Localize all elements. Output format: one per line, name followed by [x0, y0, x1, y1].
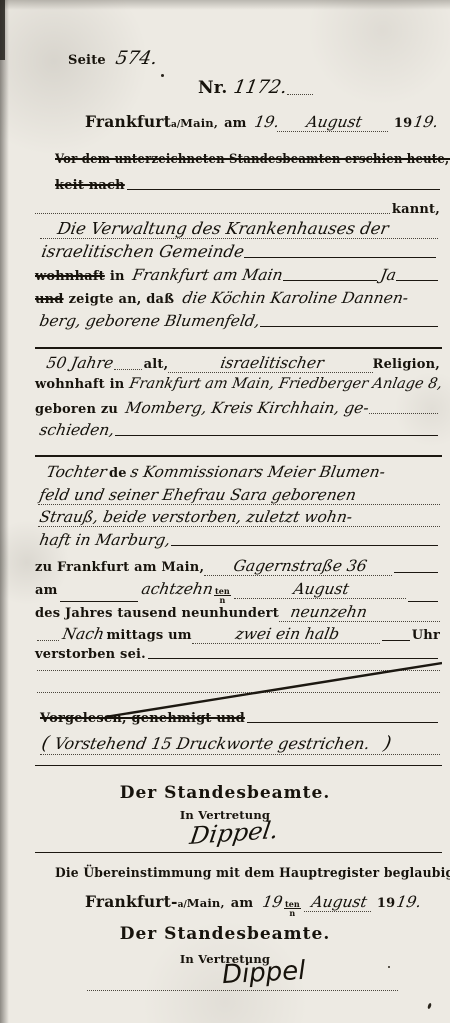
- religion-label: Religion,: [373, 357, 440, 372]
- ruled-line: [394, 570, 438, 573]
- time-field: zwei ein halb: [192, 624, 380, 644]
- time-handwritten: zwei ein halb: [234, 625, 341, 643]
- leader-line: [37, 638, 59, 641]
- section-rule: [35, 765, 442, 766]
- year-printed: 19: [377, 896, 396, 911]
- religion-handwritten: israelitischer: [219, 354, 325, 372]
- uhr-label: Uhr: [412, 628, 440, 643]
- am-label: am: [224, 116, 247, 131]
- kannt-label: kannt,: [392, 202, 440, 217]
- nr-label: Nr.: [198, 78, 227, 98]
- deceased-name-line1: die Köchin Karoline Dannen-: [181, 289, 410, 307]
- parents-row4: haft in Marburg,: [38, 531, 440, 549]
- death-month-field: August: [234, 579, 406, 599]
- ruled-line: [171, 543, 438, 546]
- birthplace-row: geboren zu Momberg, Kreis Kirchhain, ge-: [35, 399, 440, 417]
- report-row: und zeigte an, daß die Köchin Karoline D…: [35, 289, 440, 307]
- day-handwritten: 19.: [253, 113, 281, 131]
- close-paren: ): [382, 733, 393, 754]
- death-place-row: zu Frankfurt am Main , Gagernstraße 36: [35, 556, 440, 576]
- residence-handwritten: Frankfurt am Main: [131, 266, 284, 284]
- ink-speck: [161, 74, 164, 77]
- vorgelesen-struck: Vorgelesen, genehmigt und: [40, 711, 245, 726]
- registrar-title-row2: Der Standesbeamte.: [0, 924, 450, 944]
- father-handwritten: s Kommissionars Meier Blumen-: [129, 463, 387, 481]
- struck-text: Vor dem unterzeichneten Standesbeamten e…: [55, 152, 450, 167]
- wohnhaft-label: wohnhaft in: [35, 377, 124, 392]
- month-field: August: [277, 112, 388, 132]
- ordinal-suffix: tenn: [284, 900, 301, 918]
- section-rule: [35, 347, 442, 349]
- pen-flourish: Ja: [379, 266, 398, 284]
- n-label: n: [289, 909, 295, 917]
- diagonal-cancellation-stroke: [35, 655, 442, 740]
- address-handwritten: Frankfurt am Main, Friedberger Anlage 8,: [128, 376, 443, 392]
- declarant-line1: Die Verwaltung des Krankenhauses der: [40, 219, 438, 239]
- declarant-line2: israelitischen Gemeinde: [40, 242, 438, 261]
- zu-frankfurt-label: zu Frankfurt am Main: [35, 560, 199, 575]
- preamble-struck-line1: Vor dem unterzeichneten Standesbeamten e…: [55, 152, 442, 167]
- wohnhaft-struck: wohnhaft: [35, 269, 105, 284]
- parents-row3: Strauß, beide verstorben, zuletzt wohn-: [38, 508, 440, 527]
- year-line-label: des Jahres tausend neunhundert: [35, 606, 279, 621]
- mother-handwritten: feld und seiner Ehefrau Sara geborenen: [38, 486, 358, 504]
- mittags-label: mittags um: [106, 628, 191, 643]
- seite-label: Seite: [68, 53, 106, 68]
- page-number-row: Seite 574.: [68, 48, 155, 69]
- parents-row1: Tochter de s Kommissionars Meier Blumen-: [45, 463, 440, 481]
- registrar-signature2: Dippel: [221, 956, 306, 990]
- month-handwritten: August: [310, 893, 368, 911]
- death-year-row: des Jahres tausend neunhundert neunzehn: [35, 602, 440, 622]
- parents-row2: feld und seiner Ehefrau Sara geborenen: [38, 486, 440, 505]
- preamble-struck-line2: keit nach: [55, 178, 442, 193]
- leader-line: [35, 211, 390, 214]
- year-word-field: neunzehn: [279, 602, 440, 622]
- city-main: Main,: [187, 896, 225, 910]
- alt-label: alt,: [144, 357, 169, 372]
- registrar-signature: Dippel.: [188, 816, 280, 850]
- correction-note-handwritten: Vorstehend 15 Druckworte gestrichen.: [53, 734, 371, 753]
- ruled-line: [260, 324, 438, 327]
- kannt-row: kannt,: [33, 202, 440, 217]
- city-main: Main,: [180, 116, 218, 130]
- marital-handwritten: schieden,: [38, 421, 116, 439]
- scan-top-edge-shadow: [0, 0, 450, 10]
- street-handwritten: Gagernstraße 36: [232, 557, 368, 575]
- handwritten-text: israelitischen Gemeinde: [40, 242, 246, 261]
- month-field: August: [304, 892, 371, 912]
- ruled-line: [115, 433, 438, 436]
- scan-corner-artifact: [0, 0, 5, 60]
- de-label: de: [109, 466, 127, 481]
- leader-line: [369, 411, 438, 414]
- record-number-row: Nr. 1172.: [198, 77, 315, 98]
- open-paren: (: [40, 733, 51, 754]
- year-printed: 19: [394, 116, 413, 131]
- registrar-title: Der Standesbeamte.: [120, 783, 331, 803]
- scan-left-edge-shadow: [0, 0, 9, 1023]
- city-label: Frankfurt: [85, 112, 171, 131]
- am-label: am: [231, 896, 254, 911]
- ruled-line: [396, 278, 438, 281]
- month-handwritten: August: [305, 113, 363, 131]
- year-handwritten: 19.: [395, 893, 423, 911]
- street-field: Gagernstraße 36: [204, 556, 392, 576]
- page-number-handwritten: 574.: [114, 48, 159, 69]
- age-religion-row: 50 Jahre alt, israelitischer Religion,: [45, 353, 440, 373]
- signature2-line: [85, 988, 400, 994]
- ruled-line: [283, 278, 377, 281]
- death-register-scan: Seite 574. Nr. 1172. Frankfurt a/ Main, …: [0, 0, 450, 1023]
- vorgelesen-row: Vorgelesen, genehmigt und: [40, 711, 440, 726]
- am-label: am: [35, 583, 58, 598]
- year-handwritten: 19.: [412, 113, 440, 131]
- birthplace-row2: schieden,: [38, 421, 440, 439]
- day-word-handwritten: achtzehn: [140, 580, 215, 598]
- ruled-line: [244, 255, 436, 258]
- city-sup: a/: [178, 900, 187, 910]
- in-label: in: [110, 269, 125, 284]
- address-row: wohnhaft in Frankfurt am Main, Friedberg…: [35, 376, 440, 392]
- ink-speck: [427, 1003, 432, 1010]
- header-date-row: Frankfurt a/ Main, am 19. August 19 19.: [85, 112, 437, 132]
- correction-note-row: ( Vorstehend 15 Druckworte gestrichen. ): [40, 733, 440, 755]
- mother-maiden-handwritten: Strauß, beide verstorben, zuletzt wohn-: [38, 508, 354, 526]
- handwritten-text: Die Verwaltung des Krankenhauses der: [56, 219, 390, 238]
- signature2-row: Dippel: [222, 958, 305, 988]
- ruled-line: [382, 638, 410, 641]
- residence-row: wohnhaft in Frankfurt am Main Ja: [35, 266, 440, 284]
- leader-line: [87, 988, 398, 991]
- ruled-line: [247, 720, 438, 723]
- section-rule: [35, 455, 442, 457]
- ruled-line: [127, 187, 440, 190]
- day-handwritten: 19: [261, 893, 284, 911]
- registrar-title2: Der Standesbeamte.: [120, 924, 331, 944]
- certification-date-row: Frankfurt- a/ Main, am 19 tenn August 19…: [85, 892, 420, 918]
- struck-text: keit nach: [55, 178, 125, 193]
- daytime-handwritten: Nach: [61, 625, 106, 643]
- signature1-row: Dippel.: [188, 822, 275, 850]
- record-number-handwritten: 1172.: [232, 77, 289, 98]
- city-label: Frankfurt-: [85, 892, 178, 911]
- birthplace-handwritten: Momberg, Kreis Kirchhain, ge-: [124, 399, 370, 417]
- city-sup: a/: [171, 120, 180, 130]
- geboren-label: geboren zu: [35, 402, 118, 417]
- und-struck: und: [35, 292, 64, 307]
- death-day-row: am achtzehn tenn August: [35, 579, 440, 605]
- leader-line: [114, 367, 142, 370]
- ink-speck: [388, 966, 390, 968]
- zeigte-label: zeigte an, daß: [69, 292, 175, 307]
- leader-line: [287, 92, 313, 95]
- registrar-title-row: Der Standesbeamte.: [0, 783, 450, 803]
- signature-rule: [35, 852, 442, 853]
- age-handwritten: 50 Jahre: [45, 354, 115, 372]
- death-month-handwritten: August: [292, 580, 350, 598]
- deceased-name-line2: berg, geborene Blumenfeld,: [38, 312, 261, 330]
- religion-field: israelitischer: [168, 353, 372, 373]
- deceased-name-row2: berg, geborene Blumenfeld,: [38, 312, 440, 330]
- certification-row: Die Übereinstimmung mit dem Hauptregiste…: [55, 866, 445, 881]
- year-word-handwritten: neunzehn: [289, 603, 369, 621]
- certification-statement: Die Übereinstimmung mit dem Hauptregiste…: [55, 866, 450, 881]
- parents-residence-handwritten: haft in Marburg,: [38, 531, 172, 549]
- tochter-handwritten: Tochter: [45, 463, 108, 481]
- death-time-row: Nach mittags um zwei ein halb Uhr: [35, 624, 440, 644]
